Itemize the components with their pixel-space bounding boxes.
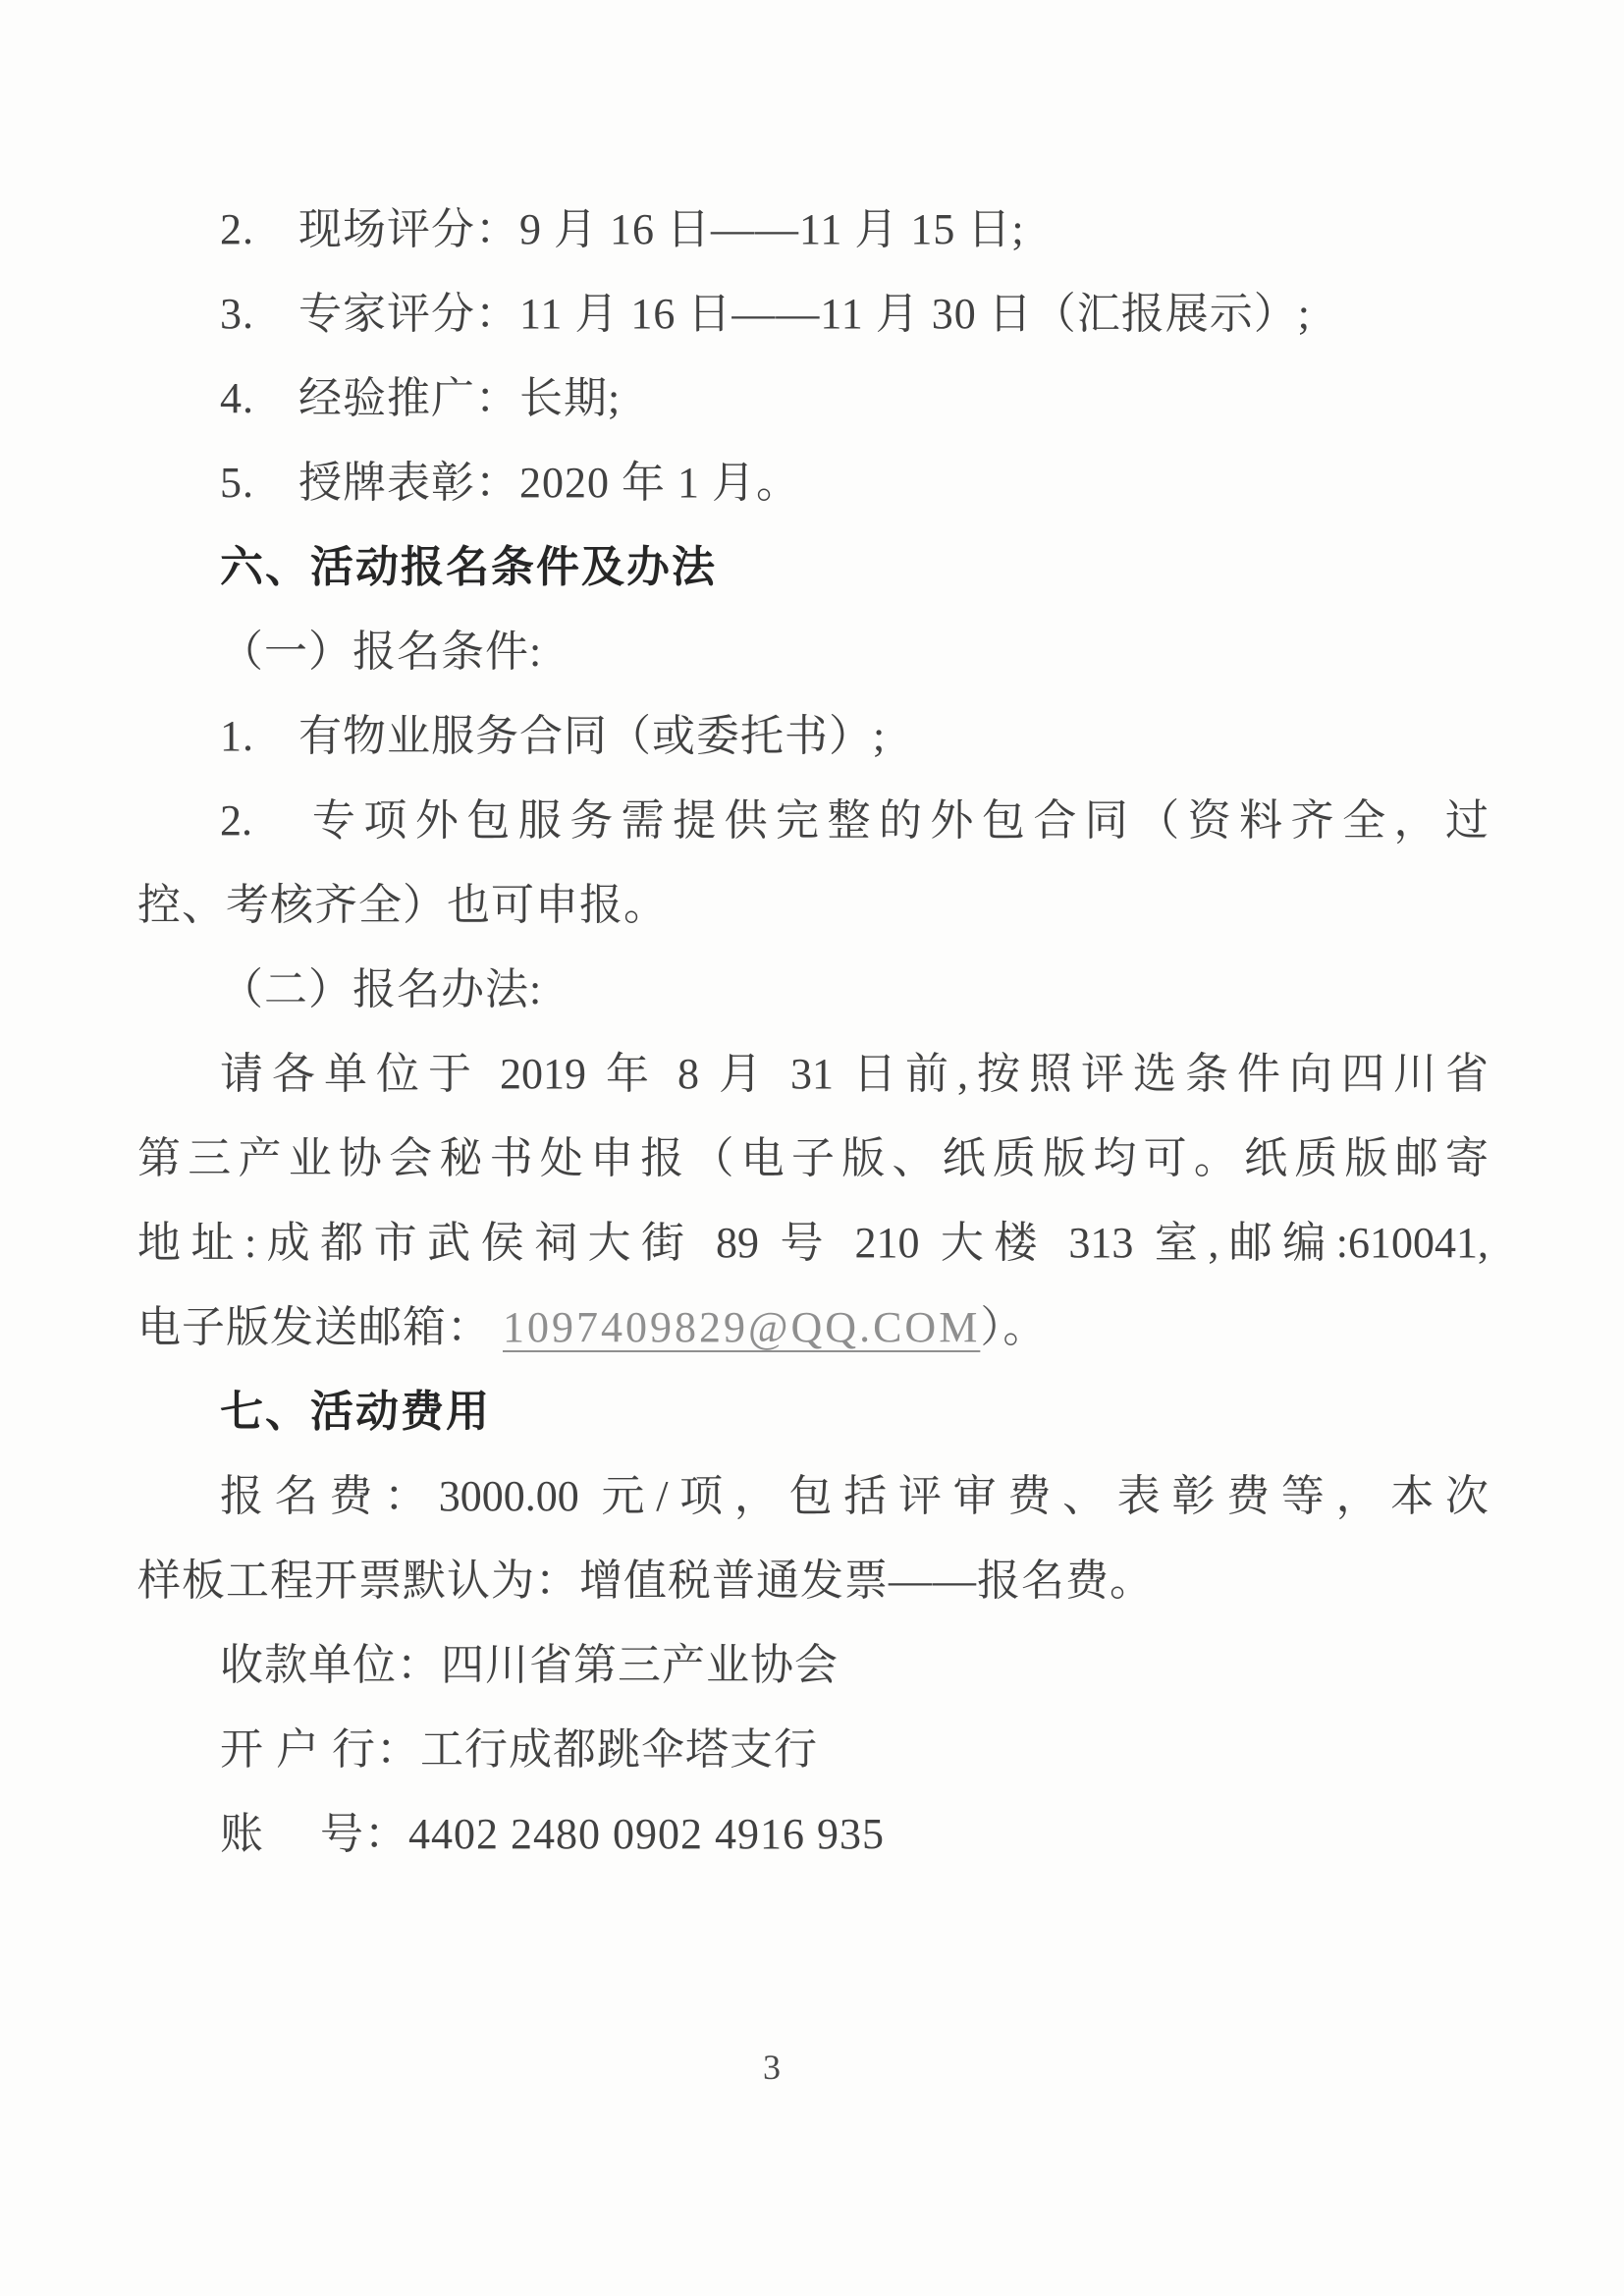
section-six-heading: 六、活动报名条件及办法: [137, 525, 1489, 610]
method-paragraph-closing: ）。: [980, 1303, 1047, 1351]
method-paragraph-line2: 第三产业协会秘书处申报（电子版、纸质版均可。纸质版邮寄: [137, 1117, 1489, 1201]
schedule-item-onsite-scoring: 2. 现场评分：9 月 16 日——11 月 15 日;: [137, 188, 1489, 272]
fee-paragraph-line2: 样板工程开票默认为：增值税普通发票——报名费。: [137, 1539, 1489, 1623]
schedule-item-expert-scoring: 3. 专家评分：11 月 16 日——11 月 30 日（汇报展示）;: [137, 272, 1489, 356]
bank-line: 开 户 行：工行成都跳伞塔支行: [137, 1708, 1489, 1792]
method-paragraph-line3: 地址:成都市武侯祠大街 89 号 210 大楼 313 室,邮编:610041,: [137, 1201, 1489, 1285]
method-paragraph-line4: 电子版发送邮箱： 1097409829@QQ.COM）。: [137, 1285, 1489, 1370]
section-seven-heading: 七、活动费用: [137, 1370, 1489, 1454]
fee-paragraph-line1: 报名费：3000.00 元/项，包括评审费、表彰费等，本次: [137, 1454, 1489, 1539]
account-number-line: 账 号：4402 2480 0902 4916 935: [137, 1792, 1489, 1877]
document-page: 2. 现场评分：9 月 16 日——11 月 15 日; 3. 专家评分：11 …: [0, 0, 1624, 2296]
subsection-two-heading: （二）报名办法:: [137, 948, 1489, 1032]
email-link[interactable]: 1097409829@QQ.COM: [503, 1303, 980, 1351]
condition-item-2-line2: 控、考核齐全）也可申报。: [137, 863, 1489, 948]
payee-line: 收款单位：四川省第三产业协会: [137, 1623, 1489, 1708]
schedule-item-experience-promotion: 4. 经验推广：长期;: [137, 356, 1489, 441]
document-body: 2. 现场评分：9 月 16 日——11 月 15 日; 3. 专家评分：11 …: [137, 188, 1489, 1877]
page-number: 3: [0, 2045, 1543, 2090]
condition-item-1: 1. 有物业服务合同（或委托书）;: [137, 694, 1489, 779]
condition-item-2-line1: 2. 专项外包服务需提供完整的外包合同（资料齐全，过: [137, 779, 1489, 863]
method-paragraph-line1: 请各单位于 2019 年 8 月 31 日前,按照评选条件向四川省: [137, 1032, 1489, 1117]
schedule-item-award-ceremony: 5. 授牌表彰：2020 年 1 月。: [137, 441, 1489, 525]
subsection-one-heading: （一）报名条件:: [137, 610, 1489, 694]
email-label: 电子版发送邮箱：: [137, 1303, 503, 1351]
